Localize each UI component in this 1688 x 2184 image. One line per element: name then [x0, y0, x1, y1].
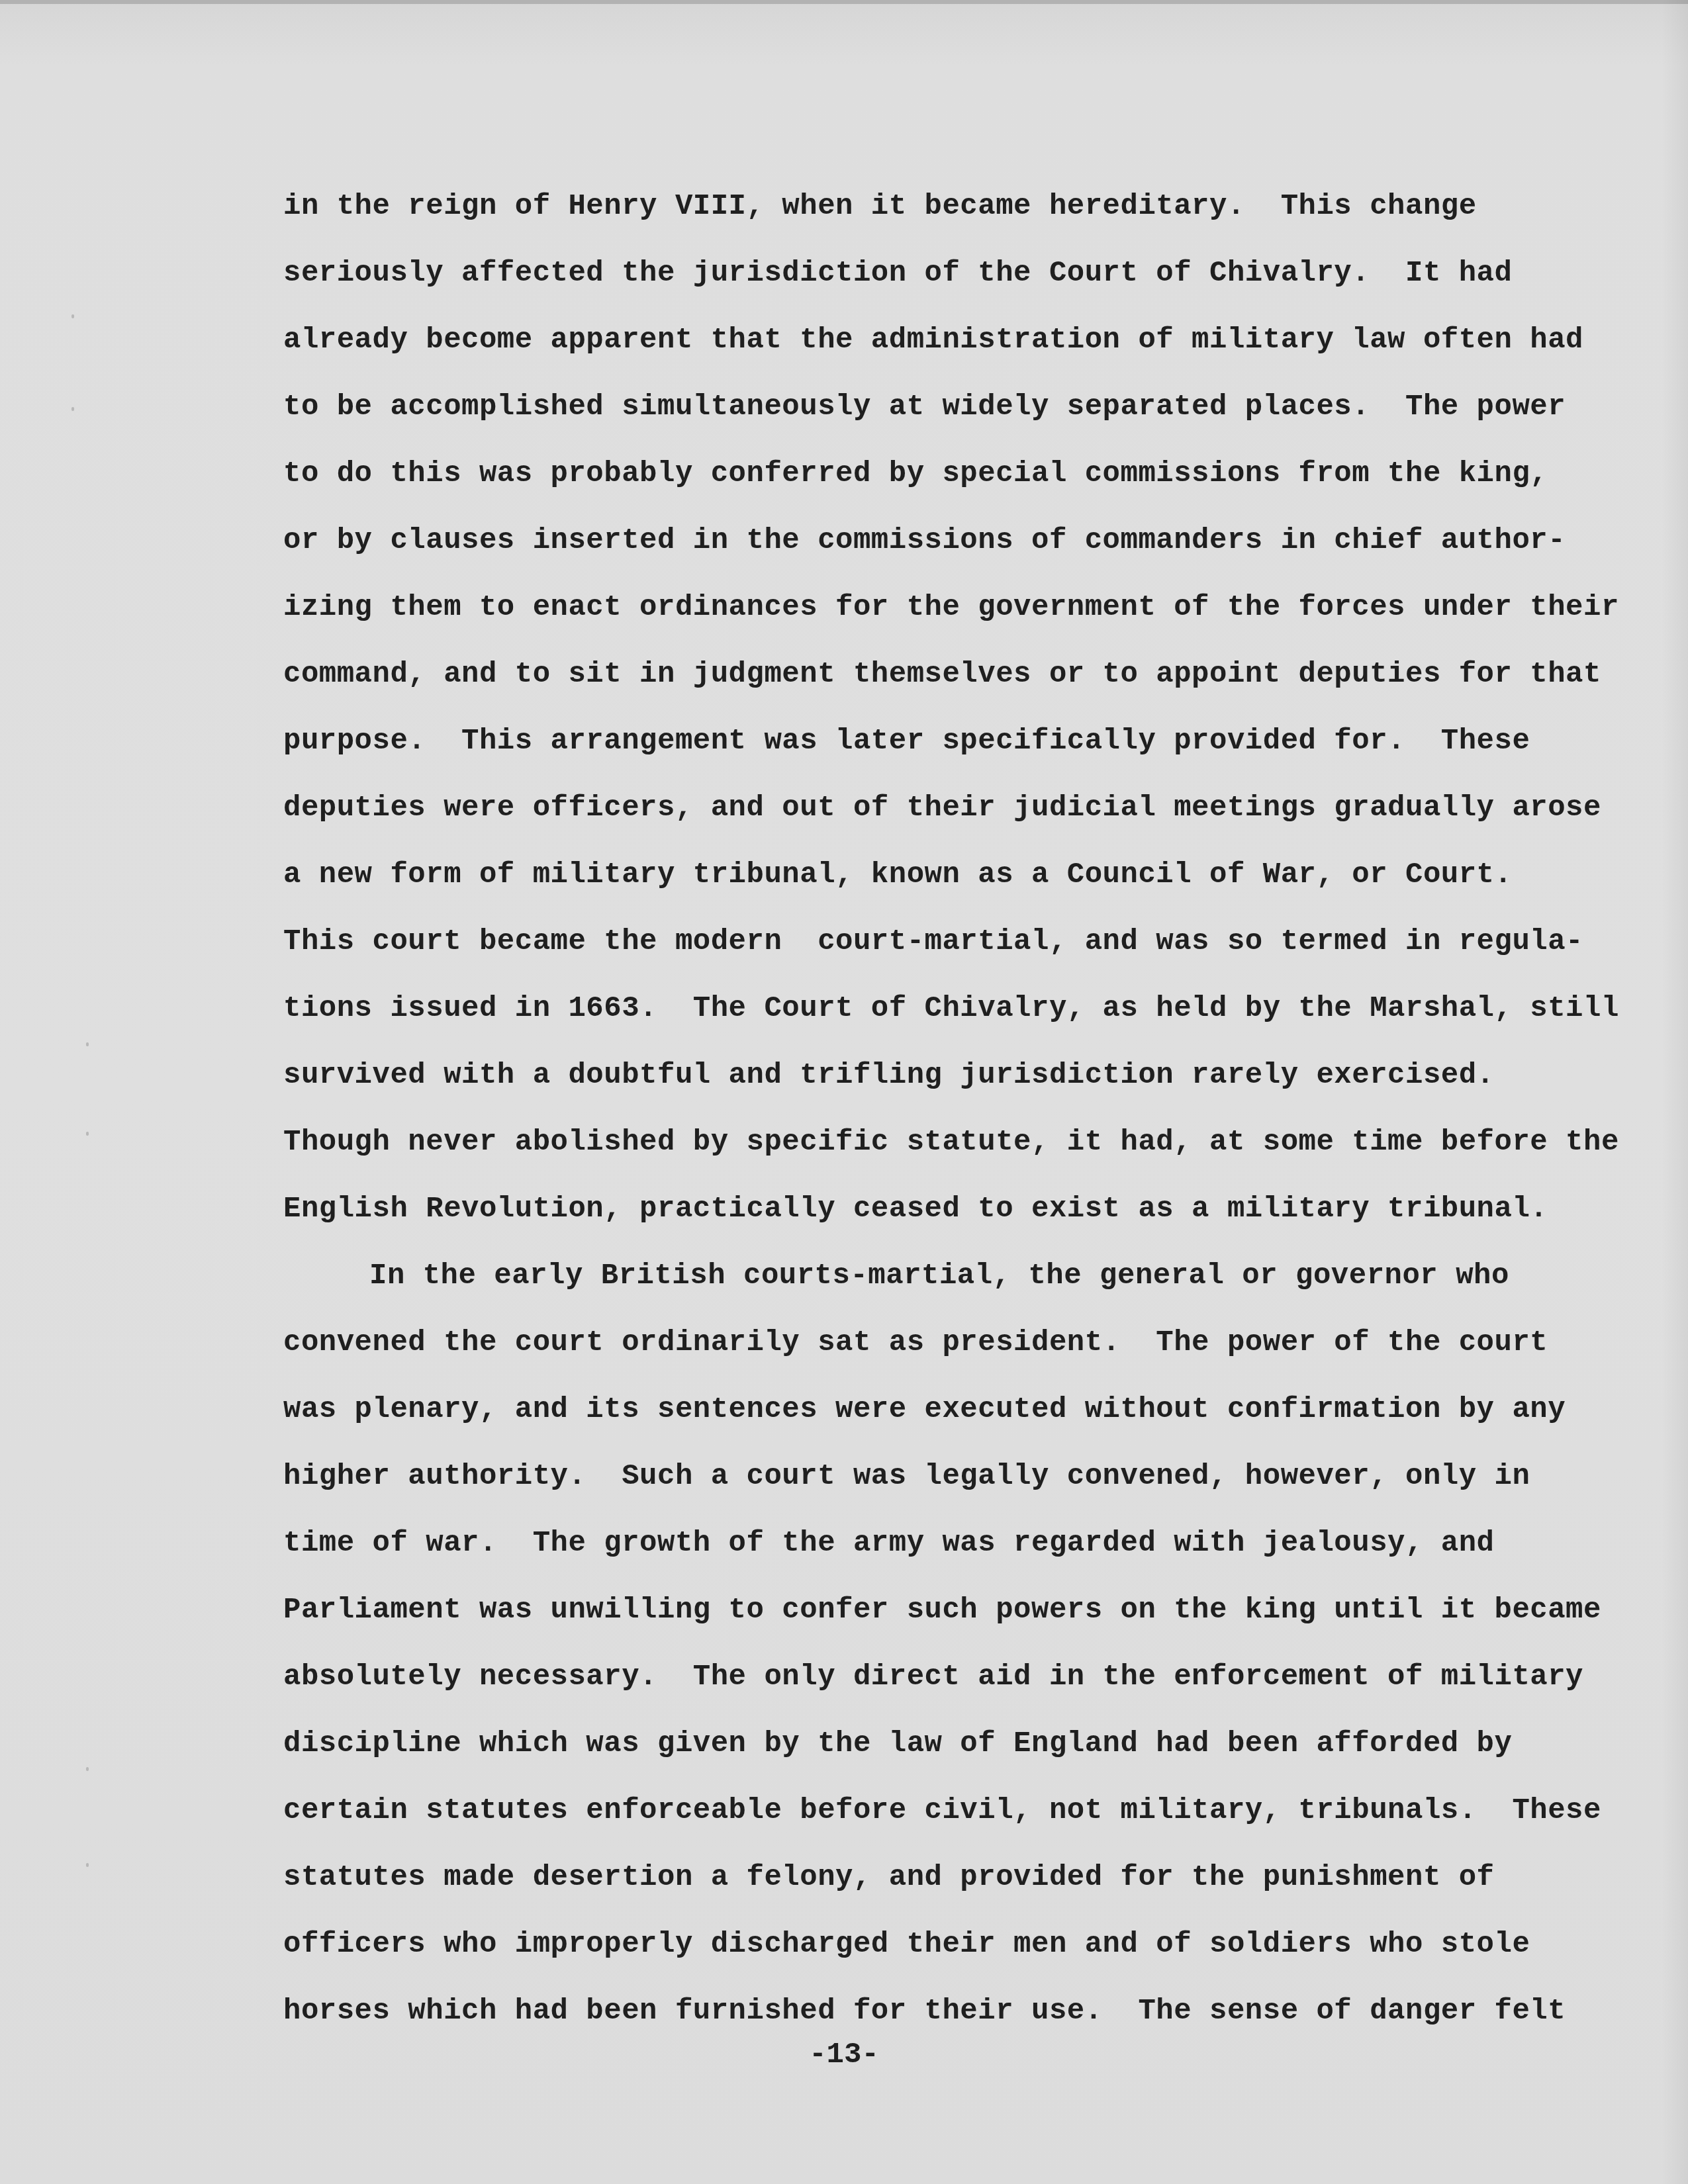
scan-mark [71, 314, 74, 318]
text-line: In the early British courts-martial, the… [283, 1243, 1541, 1310]
text-line: already become apparent that the adminis… [283, 307, 1541, 374]
text-line: higher authority. Such a court was legal… [283, 1443, 1541, 1510]
text-line: English Revolution, practically ceased t… [283, 1176, 1541, 1243]
scan-mark [86, 1132, 89, 1136]
text-line: statutes made desertion a felony, and pr… [283, 1844, 1541, 1911]
text-line: time of war. The growth of the army was … [283, 1510, 1541, 1577]
text-line: was plenary, and its sentences were exec… [283, 1377, 1541, 1443]
text-line: Though never abolished by specific statu… [283, 1109, 1541, 1176]
text-line: survived with a doubtful and trifling ju… [283, 1042, 1541, 1109]
text-line: convened the court ordinarily sat as pre… [283, 1310, 1541, 1377]
text-line: seriously affected the jurisdiction of t… [283, 240, 1541, 307]
text-line: or by clauses inserted in the commission… [283, 508, 1541, 574]
text-line: deputies were officers, and out of their… [283, 775, 1541, 842]
text-line: to do this was probably conferred by spe… [283, 441, 1541, 508]
paragraph-1: in the reign of Henry VIII, when it beca… [283, 173, 1541, 1243]
page-top-edge [0, 0, 1688, 4]
scan-mark [86, 1042, 89, 1046]
text-line: a new form of military tribunal, known a… [283, 842, 1541, 909]
text-line: Parliament was unwilling to confer such … [283, 1577, 1541, 1644]
text-line: certain statutes enforceable before civi… [283, 1778, 1541, 1844]
text-line: officers who improperly discharged their… [283, 1911, 1541, 1978]
document-page: in the reign of Henry VIII, when it beca… [0, 0, 1688, 2184]
text-line: This court became the modern court-marti… [283, 909, 1541, 976]
text-line: in the reign of Henry VIII, when it beca… [283, 173, 1541, 240]
text-line: absolutely necessary. The only direct ai… [283, 1644, 1541, 1711]
text-line: tions issued in 1663. The Court of Chiva… [283, 976, 1541, 1042]
text-line: horses which had been furnished for thei… [283, 1978, 1541, 2045]
page-right-shadow [1662, 0, 1688, 2184]
text-line: purpose. This arrangement was later spec… [283, 708, 1541, 775]
scan-mark [71, 407, 74, 411]
text-line: izing them to enact ordinances for the g… [283, 574, 1541, 641]
text-line: to be accomplished simultaneously at wid… [283, 374, 1541, 441]
text-line: discipline which was given by the law of… [283, 1711, 1541, 1778]
paragraph-2: In the early British courts-martial, the… [283, 1243, 1541, 2045]
text-line: command, and to sit in judgment themselv… [283, 641, 1541, 708]
scan-mark [86, 1767, 89, 1771]
scan-mark [86, 1863, 89, 1867]
body-text: in the reign of Henry VIII, when it beca… [283, 173, 1541, 2045]
page-number: -13- [0, 2038, 1688, 2071]
